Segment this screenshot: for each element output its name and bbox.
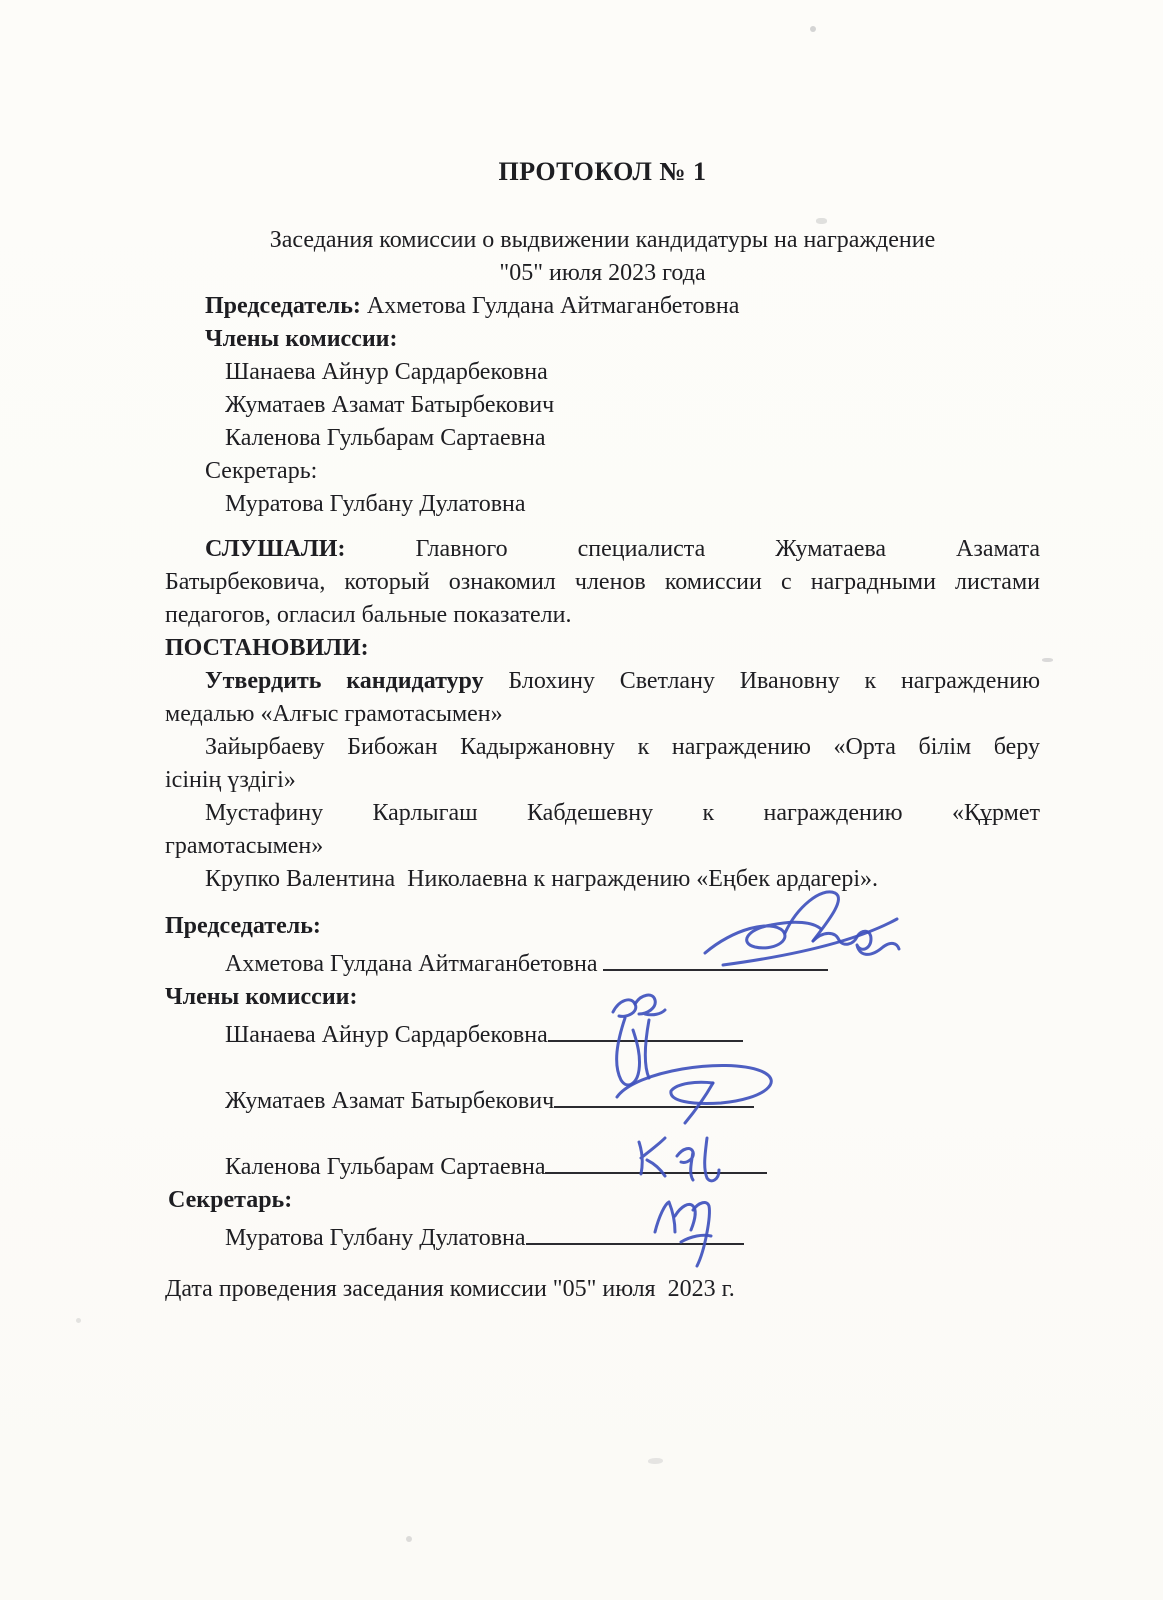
member-name-3: Каленова Гульбарам Сартаевна: [165, 422, 1040, 455]
signing-member-row-3: Каленова Гульбарам Сартаевна: [165, 1146, 1040, 1184]
resolved-label: ПОСТАНОВИЛИ:: [165, 632, 1040, 665]
heard-line-1: СЛУШАЛИ: Главного специалиста Жуматаева …: [165, 533, 1040, 566]
heard-label: СЛУШАЛИ:: [205, 536, 345, 562]
signing-member-row-2: Жуматаев Азамат Батырбекович: [165, 1080, 1040, 1118]
signing-chairman-name: Ахметова Гулдана Айтмаганбетовна: [225, 951, 597, 977]
signature-line-member-1: [548, 1014, 743, 1042]
signing-chairman-row: Ахметова Гулдана Айтмаганбетовна: [165, 943, 1040, 981]
scan-speck: [810, 26, 816, 32]
scan-speck: [816, 218, 827, 224]
heard-line-1-text: Главного специалиста Жуматаева Азамата: [415, 536, 1040, 562]
signing-members-label: Члены комиссии:: [165, 981, 1040, 1014]
scan-speck: [1042, 658, 1053, 662]
signing-member-row-1: Шанаева Айнур Сардарбековна: [165, 1014, 1040, 1052]
subtitle-line-1: Заседания комиссии о выдвижении кандидат…: [165, 224, 1040, 257]
secretary-label: Секретарь:: [165, 455, 1040, 488]
signing-secretary-row: Муратова Гулбану Дулатовна: [165, 1217, 1040, 1255]
member-name-2: Жуматаев Азамат Батырбекович: [165, 389, 1040, 422]
signing-member-1-name: Шанаева Айнур Сардарбековна: [225, 1022, 548, 1048]
resolved-item-4: Крупко Валентина Николаевна к награждени…: [165, 863, 1040, 896]
resolved-item-1-line-1: Утвердить кандидатуру Блохину Светлану И…: [165, 665, 1040, 698]
signature-line-secretary: [526, 1217, 744, 1245]
document-content: ПРОТОКОЛ № 1 Заседания комиссии о выдвиж…: [165, 155, 1040, 1306]
chairman-label: Председатель:: [205, 293, 361, 319]
resolved-item-2-line-2: ісінің үздігі»: [165, 764, 1040, 797]
signing-chairman-label: Председатель:: [165, 910, 1040, 943]
members-label: Члены комиссии:: [165, 323, 1040, 356]
scanned-document-page: ПРОТОКОЛ № 1 Заседания комиссии о выдвиж…: [0, 0, 1163, 1600]
chairman-line: Председатель: Ахметова Гулдана Айтмаганб…: [165, 290, 1040, 323]
signing-member-3-name: Каленова Гульбарам Сартаевна: [225, 1154, 545, 1180]
signing-secretary-label: Секретарь:: [165, 1184, 1040, 1217]
resolved-item-2-line-1: Зайырбаеву Бибожан Кадыржановну к награж…: [165, 731, 1040, 764]
scan-speck: [76, 1318, 81, 1323]
resolved-item-3-line-2: грамотасымен»: [165, 830, 1040, 863]
heard-line-2: Батырбековича, который ознакомил членов …: [165, 566, 1040, 599]
resolved-item-3-line-1: Мустафину Карлыгаш Кабдешевну к награжде…: [165, 797, 1040, 830]
signing-secretary-name: Муратова Гулбану Дулатовна: [225, 1225, 526, 1251]
heard-line-3: педагогов, огласил бальные показатели.: [165, 599, 1040, 632]
subtitle-line-2: "05" июля 2023 года: [165, 257, 1040, 290]
resolved-item-1-bold: Утвердить кандидатуру: [205, 668, 484, 694]
chairman-name: Ахметова Гулдана Айтмаганбетовна: [367, 293, 739, 319]
footer-date: Дата проведения заседания комиссии "05" …: [165, 1273, 1040, 1306]
resolved-item-1-line-2: медалью «Алғыс грамотасымен»: [165, 698, 1040, 731]
signature-line-member-2: [554, 1080, 754, 1108]
signature-line-chairman: [603, 943, 828, 971]
resolved-item-1-text: Блохину Светлану Ивановну к награждению: [508, 668, 1040, 694]
secretary-name: Муратова Гулбану Дулатовна: [165, 488, 1040, 521]
scan-speck: [648, 1458, 663, 1464]
document-title: ПРОТОКОЛ № 1: [165, 155, 1040, 188]
signature-line-member-3: [545, 1146, 767, 1174]
scan-speck: [406, 1536, 412, 1542]
signing-member-2-name: Жуматаев Азамат Батырбекович: [225, 1088, 554, 1114]
member-name-1: Шанаева Айнур Сардарбековна: [165, 356, 1040, 389]
